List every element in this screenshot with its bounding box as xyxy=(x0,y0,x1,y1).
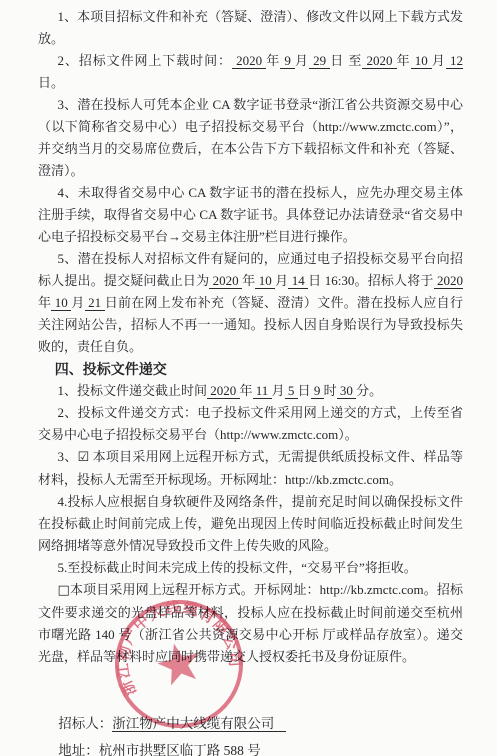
clause-questions: 5、潜在投标人对招标文件有疑问的，应通过电子招投标交易平台向招标人提出。提交疑问… xyxy=(38,248,463,358)
clause-late-rejection: 5.至投标截止时间未完成上传的投标文件，“交易平台”将拒收。 xyxy=(38,557,463,579)
clause-submission-method: 2、投标文件递交方式：电子投标文件采用网上递交的方式，上传至省交易中心电子招投标… xyxy=(38,402,463,446)
clause-ca-registration: 4、未取得省交易中心 CA 数字证书的潜在投标人，应先办理交易主体注册手续，取得… xyxy=(38,182,463,248)
clause-ca-login: 3、潜在投标人可凭本企业 CA 数字证书登录“浙江省公共资源交易中心（以下简称省… xyxy=(38,94,463,182)
clause-deadline: 1、投标文件递交截止时间 2020 年 11 月 5 日 9 时 30 分。 xyxy=(38,380,463,402)
address-line: 地址：杭州市拱墅区临丁路 588 号 xyxy=(38,737,463,756)
signature-block: 招标人：浙江物产中大线缆有限公司 地址：杭州市拱墅区临丁路 588 号 xyxy=(38,710,463,756)
clause-upload-risk: 4.投标人应根据自身软硬件及网络条件，提前充足时间以确保投标文件在投标截止时间前… xyxy=(38,491,463,557)
clause-file-distribution: 1、本项目招标文件和补充（答疑、澄清）、修改文件以网上下载方式发放。 xyxy=(38,6,463,50)
bidder-label: 招标人： xyxy=(58,716,112,731)
clause-remote-opening-checked: 3、☑ 本项目采用网上远程开标方式，无需提供纸质投标文件、样品等材料，投标人无需… xyxy=(38,446,463,491)
bidder-name: 浙江物产中大线缆有限公司 xyxy=(112,716,286,732)
section-heading-submission: 四、投标文件递交 xyxy=(38,358,463,380)
address-label: 地址： xyxy=(58,743,99,756)
clause-download-time: 2、招标文件网上下载时间： 2020 年 9 月 29 日 至 2020 年 1… xyxy=(38,50,463,94)
bidder-line: 招标人：浙江物产中大线缆有限公司 xyxy=(38,710,463,737)
clause-offline-materials: □本项目采用网上远程开标方式。开标网址：http://kb.zmctc.com。… xyxy=(38,579,463,668)
unchecked-checkbox-icon: □ xyxy=(58,583,70,598)
document-page: { "page": { "background": "#fbfbfa", "in… xyxy=(0,0,497,756)
document-body: 1、本项目招标文件和补充（答疑、澄清）、修改文件以网上下载方式发放。2、招标文件… xyxy=(38,6,463,756)
checked-checkbox-icon: ☑ xyxy=(77,450,89,465)
address-value: 杭州市拱墅区临丁路 588 号 xyxy=(99,743,273,756)
